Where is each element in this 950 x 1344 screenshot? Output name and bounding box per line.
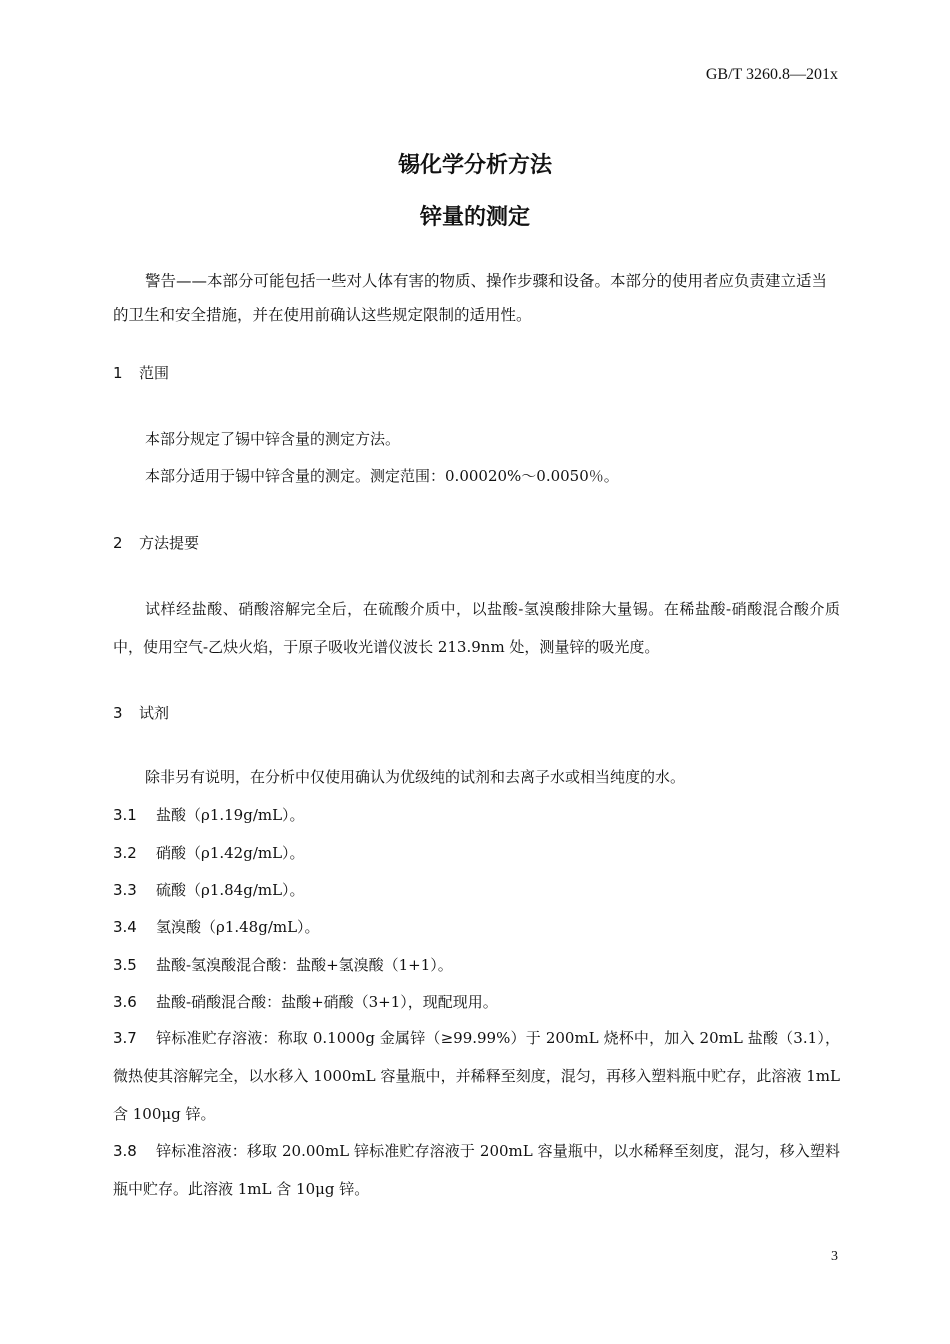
section-heading-reagents: 3试剂 [113,702,169,723]
reagent-item: 3.1盐酸（ρ1.19g/mL）。 [113,804,305,825]
item-number: 3.6 [113,993,156,1011]
section-heading-method: 2方法提要 [113,532,199,553]
section-number: 1 [113,364,139,382]
item-text: 盐酸-氢溴酸混合酸：盐酸+氢溴酸（1+1）。 [156,956,453,974]
document-title: 锡化学分析方法 [0,148,950,179]
reagent-item: 3.3硫酸（ρ1.84g/mL）。 [113,879,305,900]
item-text: 硝酸（ρ1.42g/mL）。 [156,844,305,862]
warning-paragraph: 警告——本部分可能包括一些对人体有害的物质、操作步骤和设备。本部分的使用者应负责… [113,264,840,332]
document-subtitle: 锌量的测定 [0,200,950,231]
item-number: 3.2 [113,844,156,862]
item-text: 锌标准贮存溶液：称取 0.1000g 金属锌（≥99.99%）于 200mL 烧… [113,1029,840,1123]
section-title: 试剂 [139,704,169,722]
reagent-item: 3.7锌标准贮存溶液：称取 0.1000g 金属锌（≥99.99%）于 200m… [113,1019,840,1133]
section-number: 2 [113,534,139,552]
reagent-item: 3.5盐酸-氢溴酸混合酸：盐酸+氢溴酸（1+1）。 [113,954,453,975]
item-number: 3.1 [113,806,156,824]
reagent-item: 3.2硝酸（ρ1.42g/mL）。 [113,842,305,863]
item-text: 盐酸-硝酸混合酸：盐酸+硝酸（3+1），现配现用。 [156,993,498,1011]
item-number: 3.5 [113,956,156,974]
section-title: 范围 [139,364,169,382]
item-text: 锌标准溶液：移取 20.00mL 锌标准贮存溶液于 200mL 容量瓶中，以水稀… [113,1142,840,1198]
item-text: 氢溴酸（ρ1.48g/mL）。 [156,918,320,936]
item-number: 3.3 [113,881,156,899]
section-number: 3 [113,704,139,722]
reagents-intro: 除非另有说明，在分析中仅使用确认为优级纯的试剂和去离子水或相当纯度的水。 [145,766,685,787]
item-number: 3.7 [113,1019,156,1057]
item-number: 3.4 [113,918,156,936]
page-number: 3 [831,1249,838,1265]
item-number: 3.8 [113,1132,156,1170]
reagent-item: 3.4氢溴酸（ρ1.48g/mL）。 [113,916,320,937]
scope-paragraph-1: 本部分规定了锡中锌含量的测定方法。 [145,428,400,449]
method-paragraph: 试样经盐酸、硝酸溶解完全后，在硫酸介质中，以盐酸-氢溴酸排除大量锡。在稀盐酸-硝… [113,590,840,666]
item-text: 盐酸（ρ1.19g/mL）。 [156,806,305,824]
item-text: 硫酸（ρ1.84g/mL）。 [156,881,305,899]
section-title: 方法提要 [139,534,199,552]
reagent-item: 3.8锌标准溶液：移取 20.00mL 锌标准贮存溶液于 200mL 容量瓶中，… [113,1132,840,1208]
standard-code: GB/T 3260.8—201x [706,66,838,84]
scope-paragraph-2: 本部分适用于锡中锌含量的测定。测定范围：0.00020%～0.0050％。 [145,465,619,486]
section-heading-scope: 1范围 [113,362,169,383]
reagent-item: 3.6盐酸-硝酸混合酸：盐酸+硝酸（3+1），现配现用。 [113,991,498,1012]
